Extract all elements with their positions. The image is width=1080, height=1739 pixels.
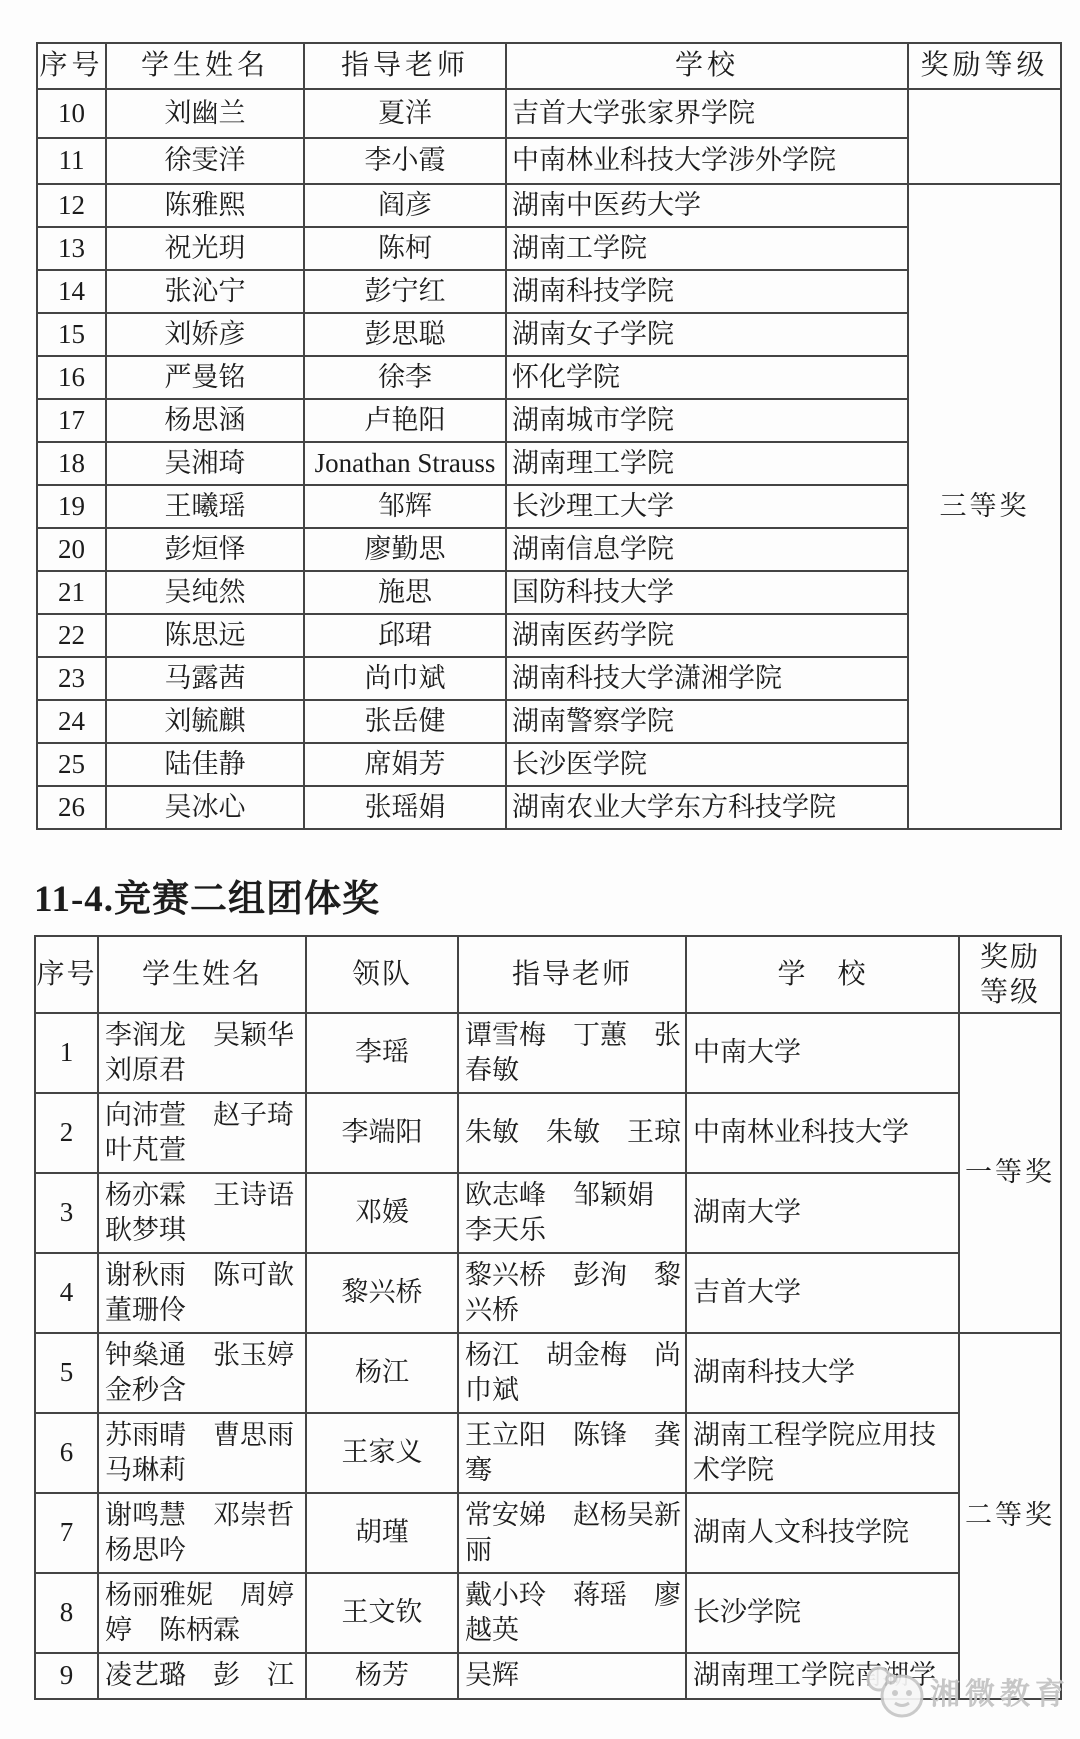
header-row: 序号 学生姓名 领队 指导老师 学 校 奖励 等级 bbox=[35, 936, 1061, 1013]
student-name: 严曼铭 bbox=[106, 356, 304, 399]
col-header-school: 学 校 bbox=[686, 936, 959, 1013]
section-title: 11-4.竞赛二组团体奖 bbox=[34, 880, 380, 921]
table-row: 3杨亦霖 王诗语 耿梦琪邓媛欧志峰 邹颖娟 李天乐湖南大学 bbox=[35, 1173, 1061, 1253]
team-leader: 李端阳 bbox=[306, 1093, 458, 1173]
advisor-names: 王立阳 陈锋 龚 骞 bbox=[458, 1413, 686, 1493]
col-header-award: 奖励 等级 bbox=[959, 936, 1061, 1013]
advisor-name: 彭宁红 bbox=[304, 270, 506, 313]
row-index: 26 bbox=[37, 786, 106, 829]
row-index: 3 bbox=[35, 1173, 98, 1253]
advisor-name: 彭思聪 bbox=[304, 313, 506, 356]
col-header-index: 序号 bbox=[37, 43, 106, 89]
school-name: 湖南信息学院 bbox=[506, 528, 908, 571]
col-header-award: 奖励等级 bbox=[908, 43, 1061, 89]
header-row: 序号 学生姓名 指导老师 学校 奖励等级 bbox=[37, 43, 1061, 89]
student-name: 陈雅熙 bbox=[106, 184, 304, 227]
document-page: 序号 学生姓名 指导老师 学校 奖励等级 10刘幽兰夏洋吉首大学张家界学院11徐… bbox=[0, 0, 1080, 1739]
advisor-name: 廖勤思 bbox=[304, 528, 506, 571]
student-name: 陆佳静 bbox=[106, 743, 304, 786]
student-name: 刘毓麒 bbox=[106, 700, 304, 743]
student-name: 刘娇彦 bbox=[106, 313, 304, 356]
school-name: 湖南工程学院应用技 术学院 bbox=[686, 1413, 959, 1493]
row-index: 1 bbox=[35, 1013, 98, 1093]
row-index: 17 bbox=[37, 399, 106, 442]
row-index: 20 bbox=[37, 528, 106, 571]
row-index: 16 bbox=[37, 356, 106, 399]
table-row: 14张沁宁彭宁红湖南科技学院 bbox=[37, 270, 1061, 313]
team-leader: 邓媛 bbox=[306, 1173, 458, 1253]
school-name: 湖南理工学院 bbox=[506, 442, 908, 485]
col-header-advisor: 指导老师 bbox=[458, 936, 686, 1013]
team-students: 杨丽雅妮 周婷 婷 陈柄霖 bbox=[98, 1573, 306, 1653]
table-row: 22陈思远邱珺湖南医药学院 bbox=[37, 614, 1061, 657]
school-name: 湖南医药学院 bbox=[506, 614, 908, 657]
table-header: 序号 学生姓名 指导老师 学校 奖励等级 bbox=[37, 43, 1061, 89]
team-leader: 胡瑾 bbox=[306, 1493, 458, 1573]
row-index: 25 bbox=[37, 743, 106, 786]
advisor-names: 杨江 胡金梅 尚 巾斌 bbox=[458, 1333, 686, 1413]
row-index: 12 bbox=[37, 184, 106, 227]
advisor-name: Jonathan Strauss bbox=[304, 442, 506, 485]
row-index: 24 bbox=[37, 700, 106, 743]
advisor-name: 邱珺 bbox=[304, 614, 506, 657]
table-row: 16严曼铭徐李怀化学院 bbox=[37, 356, 1061, 399]
team-leader: 杨江 bbox=[306, 1333, 458, 1413]
team-leader: 王文钦 bbox=[306, 1573, 458, 1653]
row-index: 23 bbox=[37, 657, 106, 700]
table-row: 1李润龙 吴颖华 刘原君李瑶谭雪梅 丁蕙 张 春敏中南大学一等奖 bbox=[35, 1013, 1061, 1093]
school-name: 中南大学 bbox=[686, 1013, 959, 1093]
advisor-name: 卢艳阳 bbox=[304, 399, 506, 442]
advisor-names: 朱敏 朱敏 王琼 bbox=[458, 1093, 686, 1173]
team-students: 杨亦霖 王诗语 耿梦琪 bbox=[98, 1173, 306, 1253]
row-index: 5 bbox=[35, 1333, 98, 1413]
table-row: 6苏雨晴 曹思雨 马琳莉王家义王立阳 陈锋 龚 骞湖南工程学院应用技 术学院 bbox=[35, 1413, 1061, 1493]
school-name: 中南林业科技大学涉外学院 bbox=[506, 138, 908, 184]
table-row: 8杨丽雅妮 周婷 婷 陈柄霖王文钦戴小玲 蒋瑶 廖 越英长沙学院 bbox=[35, 1573, 1061, 1653]
table-row: 13祝光玥陈柯湖南工学院 bbox=[37, 227, 1061, 270]
table-row: 12陈雅熙阎彦湖南中医药大学三等奖 bbox=[37, 184, 1061, 227]
table-row: 7谢鸣慧 邓崇哲 杨思吟胡瑾常安娣 赵杨吴新 丽湖南人文科技学院 bbox=[35, 1493, 1061, 1573]
student-name: 张沁宁 bbox=[106, 270, 304, 313]
team-leader: 王家义 bbox=[306, 1413, 458, 1493]
team-leader: 黎兴桥 bbox=[306, 1253, 458, 1333]
student-name: 陈思远 bbox=[106, 614, 304, 657]
advisor-names: 黎兴桥 彭洵 黎 兴桥 bbox=[458, 1253, 686, 1333]
table-row: 26吴冰心张瑶娟湖南农业大学东方科技学院 bbox=[37, 786, 1061, 829]
school-name: 长沙理工大学 bbox=[506, 485, 908, 528]
award-level: 三等奖 bbox=[908, 184, 1061, 829]
advisor-name: 阎彦 bbox=[304, 184, 506, 227]
award-level bbox=[908, 89, 1061, 184]
row-index: 2 bbox=[35, 1093, 98, 1173]
school-name: 湖南科技大学 bbox=[686, 1333, 959, 1413]
table-row: 18吴湘琦Jonathan Strauss湖南理工学院 bbox=[37, 442, 1061, 485]
advisor-names: 欧志峰 邹颖娟 李天乐 bbox=[458, 1173, 686, 1253]
table-row: 5钟燊通 张玉婷 金秒含杨江杨江 胡金梅 尚 巾斌湖南科技大学二等奖 bbox=[35, 1333, 1061, 1413]
team-students: 苏雨晴 曹思雨 马琳莉 bbox=[98, 1413, 306, 1493]
student-name: 吴冰心 bbox=[106, 786, 304, 829]
student-name: 马露茜 bbox=[106, 657, 304, 700]
col-header-index: 序号 bbox=[35, 936, 98, 1013]
advisor-name: 尚巾斌 bbox=[304, 657, 506, 700]
row-index: 14 bbox=[37, 270, 106, 313]
watermark-logo-icon bbox=[864, 1662, 928, 1720]
advisor-names: 常安娣 赵杨吴新 丽 bbox=[458, 1493, 686, 1573]
row-index: 22 bbox=[37, 614, 106, 657]
team-students: 钟燊通 张玉婷 金秒含 bbox=[98, 1333, 306, 1413]
advisor-name: 夏洋 bbox=[304, 89, 506, 138]
school-name: 国防科技大学 bbox=[506, 571, 908, 614]
advisor-name: 徐李 bbox=[304, 356, 506, 399]
advisor-name: 张瑶娟 bbox=[304, 786, 506, 829]
watermark: 湘微教育 bbox=[864, 1662, 1070, 1720]
school-name: 湖南中医药大学 bbox=[506, 184, 908, 227]
table-row: 25陆佳静席娟芳长沙医学院 bbox=[37, 743, 1061, 786]
row-index: 4 bbox=[35, 1253, 98, 1333]
school-name: 湖南科技大学潇湘学院 bbox=[506, 657, 908, 700]
school-name: 湖南大学 bbox=[686, 1173, 959, 1253]
team-students: 谢秋雨 陈可歆 董珊伶 bbox=[98, 1253, 306, 1333]
table-header: 序号 学生姓名 领队 指导老师 学 校 奖励 等级 bbox=[35, 936, 1061, 1013]
school-name: 长沙医学院 bbox=[506, 743, 908, 786]
team-leader: 李瑶 bbox=[306, 1013, 458, 1093]
col-header-advisor: 指导老师 bbox=[304, 43, 506, 89]
table-row: 21吴纯然施思国防科技大学 bbox=[37, 571, 1061, 614]
table-row: 23马露茜尚巾斌湖南科技大学潇湘学院 bbox=[37, 657, 1061, 700]
school-name: 湖南工学院 bbox=[506, 227, 908, 270]
school-name: 湖南科技学院 bbox=[506, 270, 908, 313]
school-name: 湖南城市学院 bbox=[506, 399, 908, 442]
student-name: 吴湘琦 bbox=[106, 442, 304, 485]
row-index: 19 bbox=[37, 485, 106, 528]
student-name: 祝光玥 bbox=[106, 227, 304, 270]
col-header-student: 学生姓名 bbox=[106, 43, 304, 89]
school-name: 中南林业科技大学 bbox=[686, 1093, 959, 1173]
team-leader: 杨芳 bbox=[306, 1653, 458, 1699]
student-name: 王曦瑶 bbox=[106, 485, 304, 528]
school-name: 湖南人文科技学院 bbox=[686, 1493, 959, 1573]
team-students: 凌艺璐 彭 江 bbox=[98, 1653, 306, 1699]
advisor-names: 谭雪梅 丁蕙 张 春敏 bbox=[458, 1013, 686, 1093]
student-name: 彭烜怿 bbox=[106, 528, 304, 571]
col-header-leader: 领队 bbox=[306, 936, 458, 1013]
table-row: 24刘毓麒张岳健湖南警察学院 bbox=[37, 700, 1061, 743]
student-name: 徐雯洋 bbox=[106, 138, 304, 184]
table-row: 17杨思涵卢艳阳湖南城市学院 bbox=[37, 399, 1061, 442]
row-index: 18 bbox=[37, 442, 106, 485]
team-students: 向沛萱 赵子琦 叶芃萱 bbox=[98, 1093, 306, 1173]
row-index: 8 bbox=[35, 1573, 98, 1653]
school-name: 怀化学院 bbox=[506, 356, 908, 399]
student-name: 杨思涵 bbox=[106, 399, 304, 442]
col-header-students: 学生姓名 bbox=[98, 936, 306, 1013]
advisor-names: 吴辉 bbox=[458, 1653, 686, 1699]
table-row: 15刘娇彦彭思聪湖南女子学院 bbox=[37, 313, 1061, 356]
col-header-school: 学校 bbox=[506, 43, 908, 89]
school-name: 长沙学院 bbox=[686, 1573, 959, 1653]
table-row: 4谢秋雨 陈可歆 董珊伶黎兴桥黎兴桥 彭洵 黎 兴桥吉首大学 bbox=[35, 1253, 1061, 1333]
row-index: 6 bbox=[35, 1413, 98, 1493]
advisor-name: 邹辉 bbox=[304, 485, 506, 528]
advisor-name: 李小霞 bbox=[304, 138, 506, 184]
advisor-name: 陈柯 bbox=[304, 227, 506, 270]
table-row: 11徐雯洋李小霞中南林业科技大学涉外学院 bbox=[37, 138, 1061, 184]
award-level: 二等奖 bbox=[959, 1333, 1061, 1699]
school-name: 湖南警察学院 bbox=[506, 700, 908, 743]
school-name: 吉首大学 bbox=[686, 1253, 959, 1333]
row-index: 21 bbox=[37, 571, 106, 614]
advisor-name: 张岳健 bbox=[304, 700, 506, 743]
student-name: 吴纯然 bbox=[106, 571, 304, 614]
row-index: 10 bbox=[37, 89, 106, 138]
row-index: 11 bbox=[37, 138, 106, 184]
team-students: 李润龙 吴颖华 刘原君 bbox=[98, 1013, 306, 1093]
row-index: 9 bbox=[35, 1653, 98, 1699]
table-row: 2向沛萱 赵子琦 叶芃萱李端阳朱敏 朱敏 王琼中南林业科技大学 bbox=[35, 1093, 1061, 1173]
student-name: 刘幽兰 bbox=[106, 89, 304, 138]
individual-award-table: 序号 学生姓名 指导老师 学校 奖励等级 10刘幽兰夏洋吉首大学张家界学院11徐… bbox=[36, 42, 1062, 830]
team-students: 谢鸣慧 邓崇哲 杨思吟 bbox=[98, 1493, 306, 1573]
school-name: 吉首大学张家界学院 bbox=[506, 89, 908, 138]
advisor-name: 施思 bbox=[304, 571, 506, 614]
team-award-table: 序号 学生姓名 领队 指导老师 学 校 奖励 等级 1李润龙 吴颖华 刘原君李瑶… bbox=[34, 935, 1062, 1700]
table-row: 20彭烜怿廖勤思湖南信息学院 bbox=[37, 528, 1061, 571]
row-index: 13 bbox=[37, 227, 106, 270]
table-row: 10刘幽兰夏洋吉首大学张家界学院 bbox=[37, 89, 1061, 138]
row-index: 15 bbox=[37, 313, 106, 356]
advisor-name: 席娟芳 bbox=[304, 743, 506, 786]
watermark-text: 湘微教育 bbox=[930, 1669, 1070, 1713]
school-name: 湖南女子学院 bbox=[506, 313, 908, 356]
advisor-names: 戴小玲 蒋瑶 廖 越英 bbox=[458, 1573, 686, 1653]
row-index: 7 bbox=[35, 1493, 98, 1573]
table-row: 19王曦瑶邹辉长沙理工大学 bbox=[37, 485, 1061, 528]
school-name: 湖南农业大学东方科技学院 bbox=[506, 786, 908, 829]
award-level: 一等奖 bbox=[959, 1013, 1061, 1333]
